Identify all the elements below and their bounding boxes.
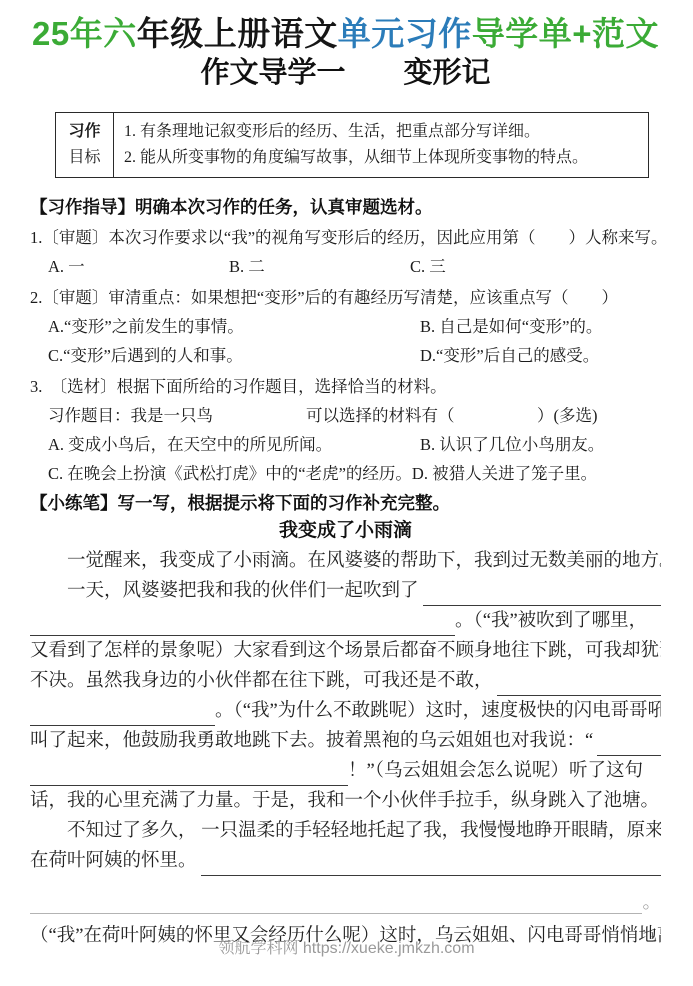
- goal-table-content-cell: 1. 有条理地记叙变形后的经历、生活，把重点部分写详细。 2. 能从所变事物的角…: [114, 113, 649, 178]
- essay-line: 一天，风婆婆把我和我的伙伴们一起吹到了: [30, 576, 661, 606]
- essay-line: 。（“我”被吹到了哪里，: [30, 606, 661, 636]
- essay-line: 叫了起来，他鼓励我勇敢地跳下去。披着黑袍的乌云姐姐也对我说：“: [30, 726, 661, 756]
- q3-choose-label: 可以选择的材料有（ ）(多选): [306, 406, 598, 425]
- essay-text: 。（“我”被吹到了哪里，: [455, 606, 647, 636]
- goal-table-label-cell: 习作 目标: [56, 113, 114, 178]
- essay-body: 一觉醒来，我变成了小雨滴。在风婆婆的帮助下，我到过无数美丽的地方。 一天，风婆婆…: [30, 546, 661, 951]
- question-3-stem: 3. 〔选材〕根据下面所给的习作题目，选择恰当的材料。: [30, 375, 661, 399]
- fill-in-blank: [423, 582, 661, 606]
- question-2-stem: 2.〔审题〕审清重点：如果想把“变形”后的有趣经历写清楚，应该重点写（ ）: [30, 286, 661, 310]
- essay-line: 。（“我”为什么不敢跳呢）这时，速度极快的闪电哥哥吼: [30, 696, 661, 726]
- page-number: 1: [650, 930, 656, 942]
- doc-title: 25年六年级上册语文单元习作导学单+范文: [30, 14, 661, 54]
- essay-line: 话，我的心里充满了力量。于是，我和一个小伙伴手拉手，纵身跳入了池塘。: [30, 786, 661, 816]
- essay-line: 又看到了怎样的景象呢）大家看到这个场景后都奋不顾身地往下跳，可我却犹豫: [30, 636, 661, 666]
- essay-text: ！”（乌云姐姐会怎么说呢）听了这句: [348, 756, 643, 786]
- essay-text: 话，我的心里充满了力量。于是，我和一个小伙伴手拉手，纵身跳入了池塘。: [30, 786, 659, 816]
- q3-topic-label: 习作题目：我是一只鸟: [48, 404, 306, 428]
- question-1-stem: 1.〔审题〕本次习作要求以“我”的视角写变形后的经历，因此应用第（ ）人称来写。: [30, 226, 661, 250]
- essay-line: 不决。虽然我身边的小伙伴都在往下跳，可我还是不敢，: [30, 666, 661, 696]
- goal-item-2: 2. 能从所变事物的角度编写故事，从细节上体现所变事物的特点。: [124, 145, 638, 171]
- guide-section-heading: 【习作指导】明确本次习作的任务，认真审题选材。: [30, 195, 661, 219]
- goal-label-line1: 习作: [60, 119, 109, 145]
- essay-line: 。: [30, 878, 661, 914]
- question-2-options-row1: A.“变形”之前发生的事情。B. 自己是如何“变形”的。: [48, 315, 661, 339]
- essay-text: 不知过了多久， 一只温柔的手轻轻地托起了我，我慢慢地睁开眼睛，原来我躺: [67, 816, 661, 846]
- essay-text: 不决。虽然我身边的小伙伴都在往下跳，可我还是不敢，: [30, 666, 493, 696]
- doc-subtitle: 作文导学一 变形记: [30, 54, 661, 92]
- essay-text: 。: [642, 888, 661, 914]
- fill-in-blank: [497, 672, 661, 696]
- goal-label-line2: 目标: [60, 145, 109, 171]
- essay-line: 一觉醒来，我变成了小雨滴。在风婆婆的帮助下，我到过无数美丽的地方。: [30, 546, 661, 576]
- question-3-options-row1: A. 变成小鸟后，在天空中的所见所闻。B. 认识了几位小鸟朋友。: [48, 433, 661, 457]
- essay-text: 。（“我”为什么不敢跳呢）这时，速度极快的闪电哥哥吼: [215, 696, 661, 726]
- essay-text: 叫了起来，他鼓励我勇敢地跳下去。披着黑袍的乌云姐姐也对我说：“: [30, 726, 593, 756]
- q3-option-cd: C. 在晚会上扮演《武松打虎》中的“老虎”的经历。D. 被猎人关进了笼子里。: [48, 464, 597, 483]
- q3-option-b: B. 认识了几位小鸟朋友。: [420, 435, 604, 454]
- essay-line: ！”（乌云姐姐会怎么说呢）听了这句: [30, 756, 661, 786]
- q1-option-a: A. 一: [48, 255, 229, 279]
- q2-option-d: D.“变形”后自己的感受。: [420, 346, 599, 365]
- fill-in-blank: [30, 762, 348, 786]
- q2-option-a: A.“变形”之前发生的事情。: [48, 315, 420, 339]
- fill-in-blank: [30, 702, 215, 726]
- fill-in-blank: [597, 732, 661, 756]
- doc-title-part-green-2: 导学单+范文: [472, 15, 659, 52]
- fill-in-blank-light: [30, 890, 642, 914]
- q2-option-c: C.“变形”后遇到的人和事。: [48, 344, 420, 368]
- practice-section-heading: 【小练笔】写一写，根据提示将下面的习作补充完整。: [30, 491, 661, 515]
- q3-option-a: A. 变成小鸟后，在天空中的所见所闻。: [48, 433, 420, 457]
- essay-line: 不知过了多久， 一只温柔的手轻轻地托起了我，我慢慢地睁开眼睛，原来我躺: [30, 816, 661, 846]
- doc-title-part-blue: 单元习作: [338, 15, 472, 52]
- doc-title-part-green-1: 25年六: [32, 15, 137, 52]
- writing-goal-table: 习作 目标 1. 有条理地记叙变形后的经历、生活，把重点部分写详细。 2. 能从…: [55, 112, 649, 178]
- footer-watermark: 领航学科网 https://xueke.jmkzh.com: [0, 935, 693, 958]
- q2-option-b: B. 自己是如何“变形”的。: [420, 317, 602, 336]
- essay-text: 一天，风婆婆把我和我的伙伴们一起吹到了: [67, 576, 419, 606]
- question-3-topic-row: 习作题目：我是一只鸟可以选择的材料有（ ）(多选): [48, 404, 661, 428]
- doc-title-part-black: 年级上册语文: [137, 15, 338, 52]
- question-3-options-row2: C. 在晚会上扮演《武松打虎》中的“老虎”的经历。D. 被猎人关进了笼子里。: [48, 462, 661, 486]
- essay-text: 一觉醒来，我变成了小雨滴。在风婆婆的帮助下，我到过无数美丽的地方。: [67, 546, 661, 576]
- question-1-options: A. 一B. 二C. 三: [48, 255, 661, 279]
- essay-text: 在荷叶阿姨的怀里。: [30, 846, 197, 876]
- goal-item-1: 1. 有条理地记叙变形后的经历、生活，把重点部分写详细。: [124, 119, 638, 145]
- fill-in-blank: [201, 852, 661, 876]
- essay-line: 在荷叶阿姨的怀里。: [30, 846, 661, 876]
- worksheet-page: 25年六年级上册语文单元习作导学单+范文 作文导学一 变形记 习作 目标 1. …: [0, 0, 693, 986]
- q1-option-b: B. 二: [229, 255, 410, 279]
- essay-title: 我变成了小雨滴: [30, 518, 661, 544]
- essay-text: 又看到了怎样的景象呢）大家看到这个场景后都奋不顾身地往下跳，可我却犹豫: [30, 636, 661, 666]
- fill-in-blank: [30, 612, 455, 636]
- question-2-options-row2: C.“变形”后遇到的人和事。D.“变形”后自己的感受。: [48, 344, 661, 368]
- q1-option-c: C. 三: [410, 257, 446, 276]
